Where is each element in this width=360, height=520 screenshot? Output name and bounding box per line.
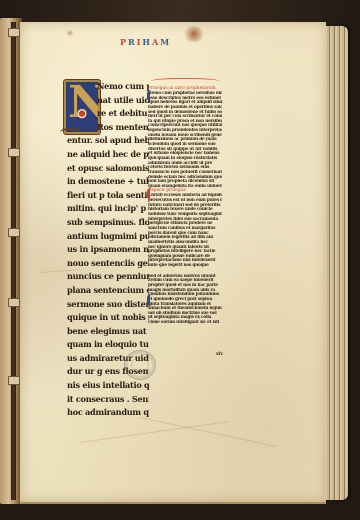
text-line: in demostene + tullio soler: [67, 175, 149, 189]
text-line: nis eius intellatio q pos: [67, 379, 149, 393]
spine-cord: [11, 22, 16, 500]
stain-mark: [182, 26, 206, 42]
manuscript-folio: P R I H A M N Nemo cum p'pe nat utile ui…: [20, 22, 326, 504]
gloss-column: Prologus in libro prophetarum Nemo cum p…: [148, 86, 222, 325]
running-head-letter: M: [160, 38, 169, 46]
text-line: fieri ut p tola sentiamus + co: [67, 189, 149, 203]
text-line: bene elegimus uat hiis de: [67, 325, 149, 339]
text-line: re et debitu: [67, 107, 149, 121]
text-line: quique in ut nobis siu: [67, 311, 149, 325]
library-stamp: [124, 350, 156, 380]
text-line: et opusc salomonis . qd: [67, 162, 149, 176]
running-head-letter: R: [128, 38, 135, 46]
text-line: plana sentencium eo ad: [67, 284, 149, 298]
text-line: it consecraus . Senide exam: [67, 393, 149, 407]
text-line: mitim. qui incip' p tola in ne: [67, 202, 149, 216]
text-line: hoc admirandum q3 si uam: [67, 406, 149, 420]
text-line: Ros mentem eb: [67, 121, 149, 135]
text-line: us in ipsamonem notam: [67, 243, 149, 257]
text-line: nat utile uide: [67, 94, 149, 108]
folio-number: xlv: [216, 352, 223, 357]
text-line: entur. sol apud hebreos ligu: [67, 134, 149, 148]
running-head-letter: P: [120, 38, 126, 46]
paragraph-mark-blue: [147, 294, 155, 306]
text-line: sub sempsimus. flos quoque: [67, 216, 149, 230]
text-line: nuncius ce pennium de: [67, 270, 149, 284]
running-head: P R I H A M: [120, 38, 169, 46]
binding-band: [8, 148, 20, 157]
running-head-letter: A: [152, 38, 158, 46]
binding-band: [8, 28, 20, 37]
binding-band: [8, 228, 20, 237]
stain-mark: [66, 30, 74, 36]
text-line: sermone suo distercus ie: [67, 298, 149, 312]
binding-band: [8, 298, 20, 307]
text-line: Nemo cum p'pe: [67, 80, 149, 94]
paragraph-mark-red: [147, 188, 155, 200]
gloss-line: cione eorum intelligant sic et isti: [148, 320, 222, 325]
binding-band: [8, 376, 20, 385]
running-head-letter: I: [137, 38, 141, 46]
text-line: antium lugmimi puden: [67, 230, 149, 244]
text-line: ne aliquid hec de psalmis: [67, 148, 149, 162]
page-crease: [140, 417, 277, 447]
paragraph-mark-blue: [147, 90, 155, 102]
stamp-emblem-icon: [131, 357, 149, 373]
text-line: nouo sentenciis genere cor: [67, 257, 149, 271]
running-head-letter: H: [142, 38, 150, 46]
